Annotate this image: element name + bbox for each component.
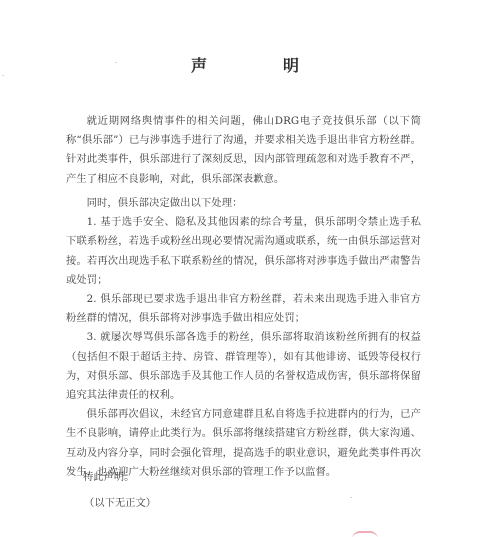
- red-seal-stamp-icon: [352, 531, 378, 537]
- measures-section: 同时，俱乐部决定做出以下处理： 1. 基于选手安全、隐私及其他因素的综合考量，俱…: [66, 194, 421, 482]
- measure-item-2: 2. 俱乐部现已要求选手退出非官方粉丝群，若未来出现选手进入非官方粉丝群的情况，…: [66, 290, 421, 328]
- end-note: （以下无正文）: [84, 494, 156, 513]
- closing-line: 特此声明。: [83, 468, 134, 487]
- scan-speck: [115, 62, 117, 63]
- intro-section: 就近期网络舆情事件的相关问题，佛山DRG电子竞技俱乐部（以下简称“俱乐部”）已与…: [66, 112, 421, 189]
- measures-intro-paragraph: 同时，俱乐部决定做出以下处理：: [66, 194, 421, 213]
- scan-speck: [350, 497, 352, 498]
- scan-speck: [2, 75, 4, 76]
- measure-item-3: 3. 就屡次辱骂俱乐部各选手的粉丝，俱乐部将取消该粉丝所拥有的权益（包括但不限于…: [66, 328, 421, 405]
- intro-paragraph: 就近期网络舆情事件的相关问题，佛山DRG电子竞技俱乐部（以下简称“俱乐部”）已与…: [66, 112, 421, 189]
- measure-item-1: 1. 基于选手安全、隐私及其他因素的综合考量，俱乐部明令禁止选手私下联系粉丝，若…: [66, 213, 421, 290]
- document-title: 声 明: [0, 53, 490, 76]
- statement-page: 声 明 就近期网络舆情事件的相关问题，佛山DRG电子竞技俱乐部（以下简称“俱乐部…: [0, 0, 490, 537]
